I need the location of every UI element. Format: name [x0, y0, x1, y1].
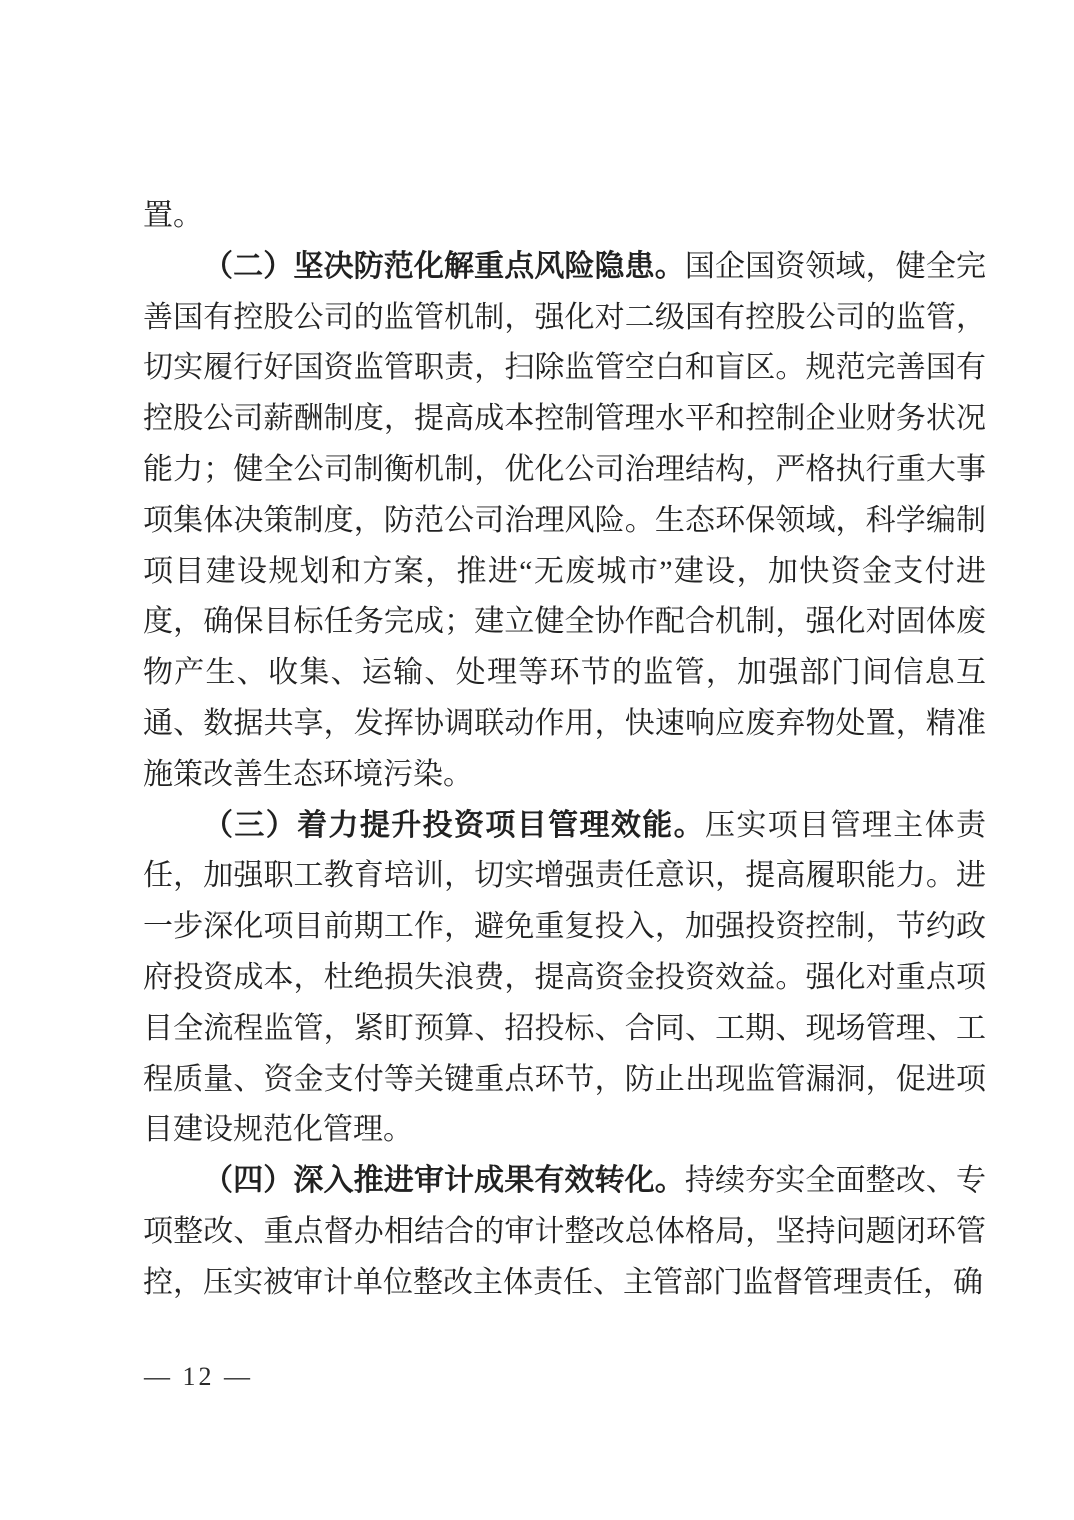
- section-3-heading: （三）着力提升投资项目管理效能。: [203, 809, 705, 842]
- section-2-heading: （二）坚决防范化解重点风险隐患。: [203, 250, 685, 283]
- document-body: 置。 （二）坚决防范化解重点风险隐患。国企国资领域，健全完善国有控股公司的监管机…: [143, 191, 986, 1309]
- section-4-heading: （四）深入推进审计成果有效转化。: [203, 1164, 685, 1197]
- paragraph-section-3: （三）着力提升投资项目管理效能。压实项目管理主体责任，加强职工教育培训，切实增强…: [143, 801, 986, 1157]
- paragraph-text: 置。: [143, 199, 203, 232]
- paragraph-continuation: 置。: [143, 191, 986, 242]
- paragraph-text: 压实项目管理主体责任，加强职工教育培训，切实增强责任意识，提高履职能力。进一步深…: [143, 809, 986, 1147]
- page-number: — 12 —: [144, 1362, 253, 1392]
- paragraph-section-2: （二）坚决防范化解重点风险隐患。国企国资领域，健全完善国有控股公司的监管机制，强…: [143, 242, 986, 801]
- paragraph-text: 国企国资领域，健全完善国有控股公司的监管机制，强化对二级国有控股公司的监管，切实…: [143, 250, 986, 791]
- paragraph-section-4: （四）深入推进审计成果有效转化。持续夯实全面整改、专项整改、重点督办相结合的审计…: [143, 1156, 986, 1308]
